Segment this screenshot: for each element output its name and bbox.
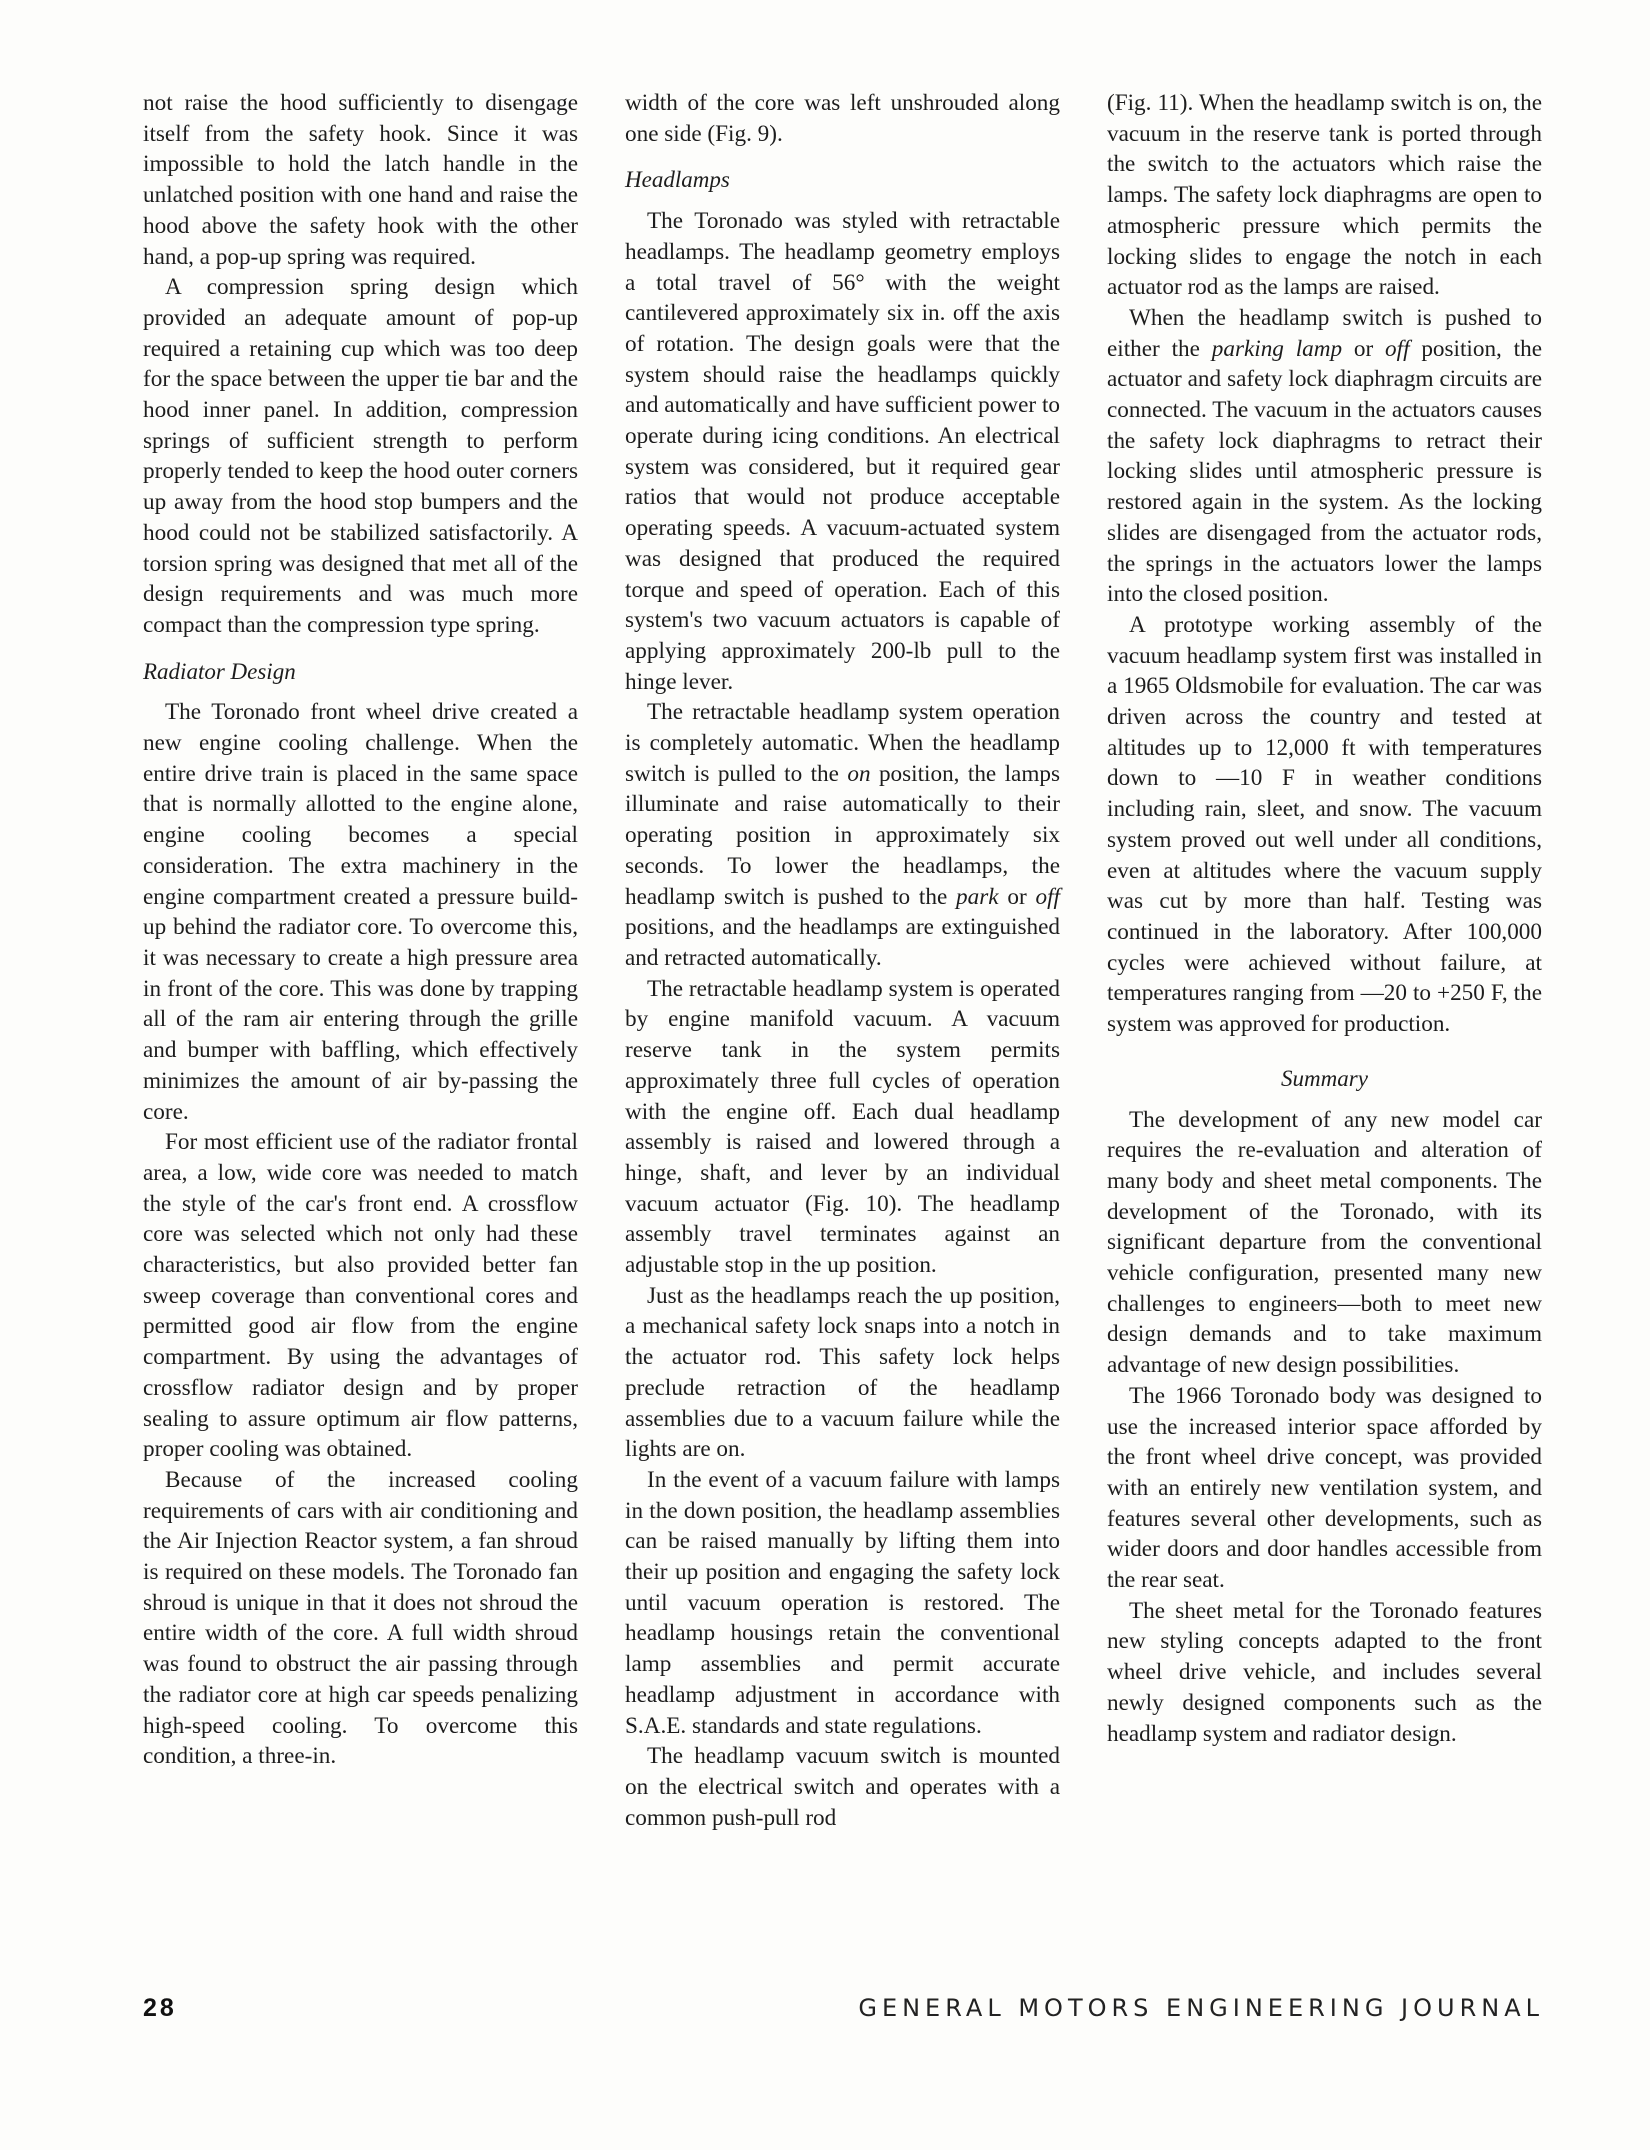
body-paragraph: not raise the hood sufficiently to disen…	[143, 88, 578, 272]
body-paragraph: The Toronado was styled with retractable…	[625, 206, 1060, 697]
body-paragraph: The sheet metal for the Toronado feature…	[1107, 1596, 1542, 1750]
body-paragraph: For most efficient use of the radiator f…	[143, 1127, 578, 1465]
text-column-1: not raise the hood sufficiently to disen…	[143, 88, 578, 1772]
page-number: 28	[143, 1994, 177, 2023]
body-paragraph: The retractable headlamp system operatio…	[625, 697, 1060, 973]
body-paragraph: The 1966 Toronado body was designed to u…	[1107, 1381, 1542, 1596]
body-paragraph: (Fig. 11). When the headlamp switch is o…	[1107, 88, 1542, 303]
body-paragraph: When the headlamp switch is pushed to ei…	[1107, 303, 1542, 610]
italic-term: on	[847, 761, 870, 787]
body-paragraph: A compression spring design which provid…	[143, 272, 578, 640]
text-column-2: width of the core was left unshrouded al…	[625, 88, 1060, 1833]
body-paragraph: width of the core was left unshrouded al…	[625, 88, 1060, 149]
body-paragraph: Just as the headlamps reach the up posit…	[625, 1281, 1060, 1465]
body-paragraph: In the event of a vacuum failure with la…	[625, 1465, 1060, 1741]
section-heading: Summary	[1107, 1064, 1542, 1095]
section-heading: Headlamps	[625, 165, 1060, 196]
section-heading: Radiator Design	[143, 657, 578, 688]
body-paragraph: The development of any new model car req…	[1107, 1105, 1542, 1381]
italic-term: park	[956, 884, 999, 910]
body-paragraph: A prototype working assembly of the vacu…	[1107, 610, 1542, 1040]
body-paragraph: The headlamp vacuum switch is mounted on…	[625, 1741, 1060, 1833]
italic-term: off	[1036, 884, 1060, 910]
journal-title: GENERAL MOTORS ENGINEERING JOURNAL	[858, 1994, 1544, 2022]
text-column-3: (Fig. 11). When the headlamp switch is o…	[1107, 88, 1542, 1749]
italic-term: parking lamp	[1212, 336, 1342, 362]
body-paragraph: The retractable headlamp system is opera…	[625, 974, 1060, 1281]
italic-term: off	[1385, 336, 1409, 362]
body-paragraph: The Toronado front wheel drive created a…	[143, 697, 578, 1127]
body-paragraph: Because of the increased cooling require…	[143, 1465, 578, 1772]
